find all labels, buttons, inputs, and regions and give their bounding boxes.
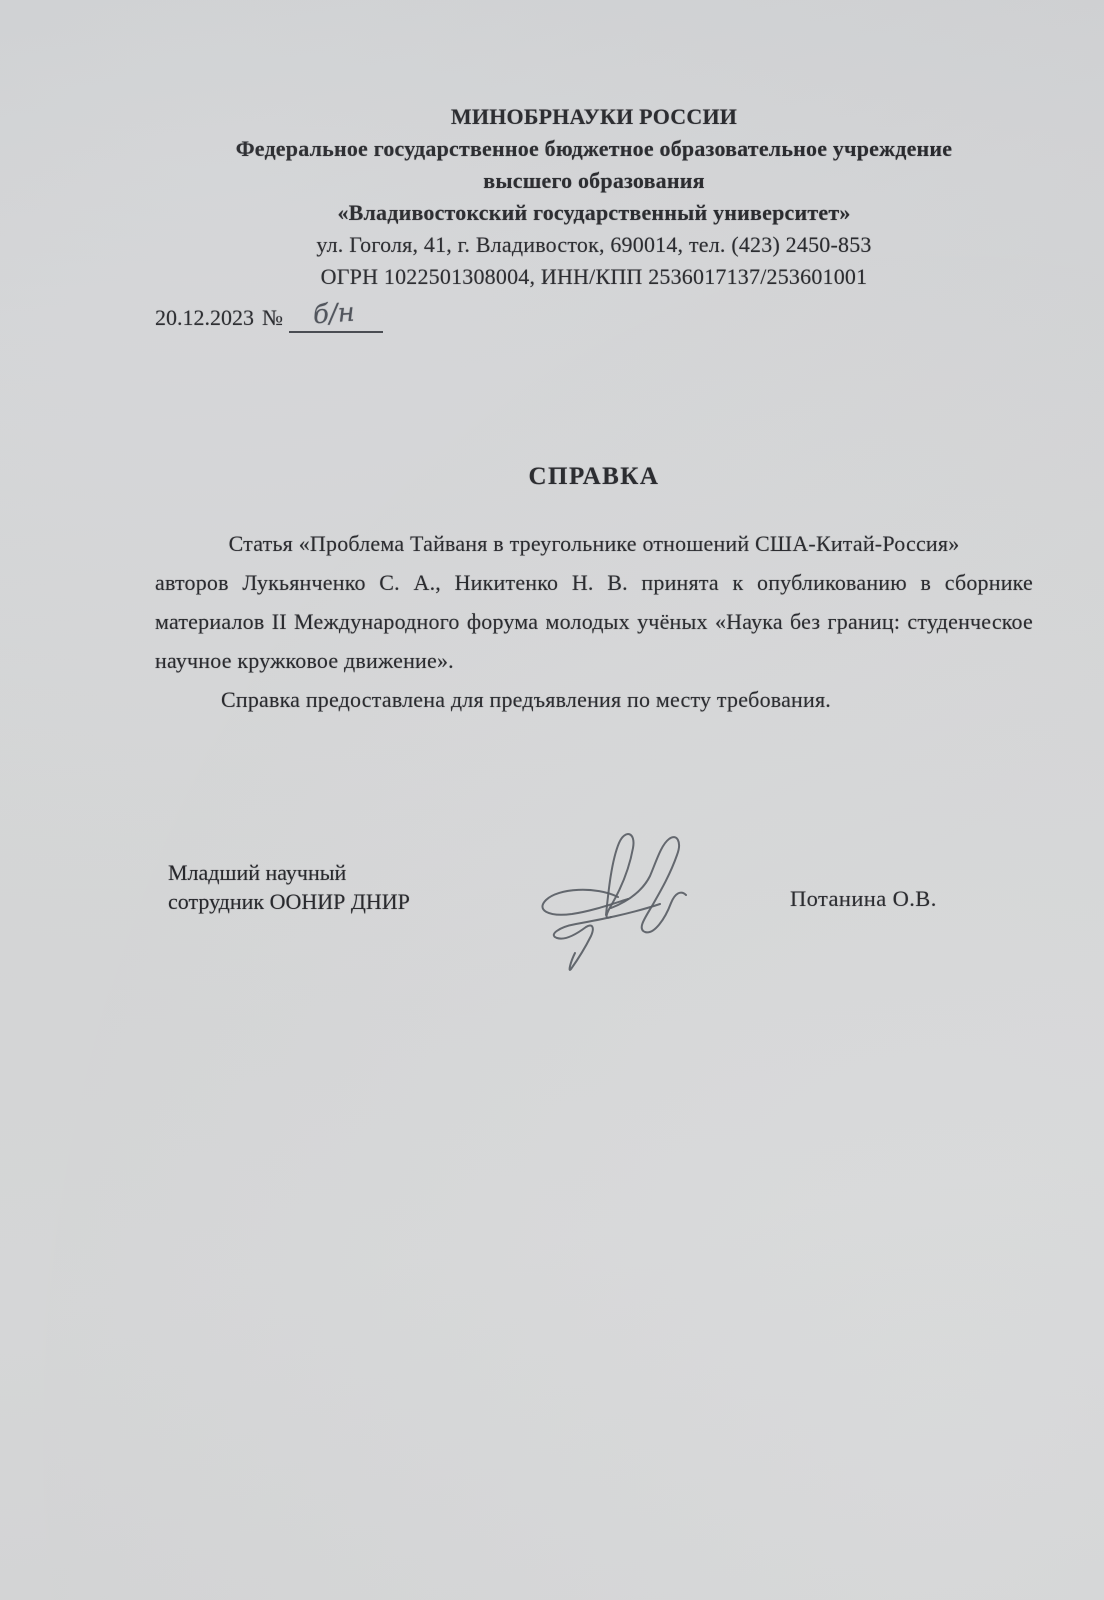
- university-address: ул. Гоголя, 41, г. Владивосток, 690014, …: [155, 229, 1033, 261]
- signature-autograph: [518, 796, 703, 978]
- signer-position-line2: сотрудник ООНИР ДНИР: [168, 887, 410, 916]
- signature-ink-icon: [518, 796, 703, 978]
- org-type-line2: высшего образования: [155, 165, 1033, 197]
- document-date: 20.12.2023: [155, 305, 254, 330]
- body-line-4: научное кружковое движение».: [155, 641, 1033, 680]
- body-line-3: материалов II Международного форума моло…: [155, 602, 1033, 641]
- ministry-name: МИНОБРНАУКИ РОССИИ: [155, 101, 1033, 133]
- signer-position-line1: Младший научный: [168, 858, 410, 887]
- number-sign: №: [262, 305, 283, 330]
- reference-line: 20.12.2023№б/н: [155, 303, 383, 333]
- signer-position: Младший научный сотрудник ООНИР ДНИР: [168, 858, 410, 916]
- signer-name: Потанина О.В.: [790, 884, 937, 913]
- body-line-2: авторов Лукьянченко С. А., Никитенко Н. …: [155, 563, 1033, 602]
- body-line-1: Статья «Проблема Тайваня в треугольнике …: [155, 524, 1033, 563]
- registration-numbers: ОГРН 1022501308004, ИНН/КПП 2536017137/2…: [155, 261, 1033, 293]
- university-name: «Владивостокский государственный универс…: [155, 197, 1033, 229]
- body-paragraph: Статья «Проблема Тайваня в треугольнике …: [155, 524, 1033, 719]
- scanned-certificate-page: МИНОБРНАУКИ РОССИИ Федеральное государст…: [0, 0, 1104, 1600]
- letterhead: МИНОБРНАУКИ РОССИИ Федеральное государст…: [155, 101, 1033, 293]
- handwritten-number: б/н: [312, 298, 356, 331]
- document-title: СПРАВКА: [155, 461, 1033, 493]
- number-blank-underline: б/н: [289, 303, 383, 333]
- body-line-5: Справка предоставлена для предъявления п…: [155, 680, 1033, 719]
- org-type-line1: Федеральное государственное бюджетное об…: [155, 133, 1033, 165]
